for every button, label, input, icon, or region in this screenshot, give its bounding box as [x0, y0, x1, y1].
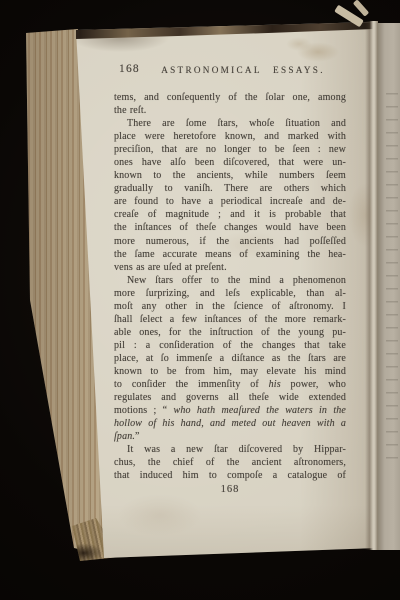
text-segment: It was a new ſtar diſcovered by Hippar-	[127, 444, 346, 455]
text-line: preciſion, that are no longer to be ſeen…	[114, 143, 346, 156]
text-segment: place were heretofore known, and marked …	[114, 131, 346, 142]
footer-folio: 168	[114, 483, 346, 496]
text-line: chus, the chief of the ancient aſtronome…	[114, 456, 346, 469]
text-segment: New ſtars offer to the mind a phenomenon	[127, 275, 346, 286]
text-segment: more numerous, if the ancients had poſſe…	[114, 236, 346, 247]
text-segment: the ſame accurate means of examining the…	[114, 249, 346, 260]
text-line: ſhall ſelect a few inſtances of the more…	[114, 313, 346, 326]
text-segment: the inſtances of theſe changes would hav…	[114, 222, 346, 233]
body-text: tems, and conſequently of the ſolar one,…	[114, 91, 346, 482]
text-segment: pil : a conſideration of the changes tha…	[114, 340, 346, 351]
text-segment: preciſion, that are no longer to be ſeen…	[114, 144, 346, 155]
text-segment: chus, the chief of the ancient aſtronome…	[114, 457, 346, 468]
italic-text-segment: who hath meaſured the waters in the	[174, 405, 347, 416]
text-segment: creaſe of magnitude ; and it is probable…	[114, 209, 346, 220]
book-photo: 168 ASTRONOMICAL ESSAYS. tems, and conſe…	[0, 0, 400, 600]
text-line: It was a new ſtar diſcovered by Hippar-	[114, 443, 346, 456]
header-folio: 168	[119, 63, 140, 76]
text-line: ones have alſo been diſcovered, that wer…	[114, 156, 346, 169]
italic-text-segment: hollow of his hand, and meted out heaven…	[114, 418, 346, 429]
text-segment: able ones, for the inſtruction of the yo…	[114, 327, 346, 338]
italic-text-segment: his	[269, 379, 281, 390]
header-title: ASTRONOMICAL ESSAYS.	[114, 64, 346, 77]
text-segment: There are ſome ſtars, whoſe ſituation an…	[127, 118, 346, 129]
text-line: able ones, for the inſtruction of the yo…	[114, 326, 346, 339]
show-through-text	[386, 93, 398, 470]
text-line: that induced him to compoſe a catalogue …	[114, 469, 346, 482]
text-line: motions ; “ who hath meaſured the waters…	[114, 404, 346, 417]
text-segment: tems, and conſequently of the ſolar one,…	[114, 92, 346, 103]
text-segment: that induced him to compoſe a catalogue …	[114, 470, 346, 481]
text-line: moſt any other in the ſcience of aſtrono…	[114, 300, 346, 313]
page-header: 168 ASTRONOMICAL ESSAYS.	[114, 64, 346, 78]
text-segment: more ſurprizing, and leſs explicable, th…	[114, 288, 346, 299]
text-line: New ſtars offer to the mind a phenomenon	[114, 274, 346, 287]
text-segment: moſt any other in the ſcience of aſtrono…	[114, 301, 346, 312]
adjacent-page-edge	[378, 23, 400, 550]
text-line: known to be from him, may elevate his mi…	[114, 365, 346, 378]
italic-text-segment: ſpan.	[114, 431, 135, 442]
text-line: are found to have a periodical increaſe …	[114, 195, 346, 208]
text-segment: vens as are uſed at preſent.	[114, 262, 227, 273]
text-segment: known to the ancients, while numbers ſee…	[114, 170, 346, 181]
gutter-shadow	[365, 21, 378, 550]
text-line: more ſurprizing, and leſs explicable, th…	[114, 287, 346, 300]
text-line: to conſider the immenſity of his power, …	[114, 378, 346, 391]
text-segment: place, at ſo immenſe a diſtance as the ſ…	[114, 353, 346, 364]
text-segment: are found to have a periodical increaſe …	[114, 196, 346, 207]
text-line: place, at ſo immenſe a diſtance as the ſ…	[114, 352, 346, 365]
text-segment: ”	[135, 431, 140, 442]
text-segment: known to be from him, may elevate his mi…	[114, 366, 346, 377]
text-line: gradually to vaniſh. There are others wh…	[114, 182, 346, 195]
page-content: 168 ASTRONOMICAL ESSAYS. tems, and conſe…	[114, 64, 346, 496]
text-line: hollow of his hand, and meted out heaven…	[114, 417, 346, 430]
text-line: vens as are uſed at preſent.	[114, 261, 346, 274]
text-segment: regulates and governs all theſe wide ext…	[114, 392, 346, 403]
text-segment: gradually to vaniſh. There are others wh…	[114, 183, 346, 194]
text-line: pil : a conſideration of the changes tha…	[114, 339, 346, 352]
text-segment: ones have alſo been diſcovered, that wer…	[114, 157, 346, 168]
text-line: place were heretofore known, and marked …	[114, 130, 346, 143]
text-line: regulates and governs all theſe wide ext…	[114, 391, 346, 404]
text-line: more numerous, if the ancients had poſſe…	[114, 235, 346, 248]
text-segment: ſhall ſelect a few inſtances of the more…	[114, 314, 346, 325]
text-segment: power, who	[281, 379, 346, 390]
text-line: creaſe of magnitude ; and it is probable…	[114, 208, 346, 221]
text-line: There are ſome ſtars, whoſe ſituation an…	[114, 117, 346, 130]
text-segment: motions ; “	[114, 405, 174, 416]
text-line: the ſame accurate means of examining the…	[114, 248, 346, 261]
text-segment: to conſider the immenſity of	[114, 379, 269, 390]
text-segment: the reſt.	[114, 105, 146, 116]
text-line: known to the ancients, while numbers ſee…	[114, 169, 346, 182]
text-line: tems, and conſequently of the ſolar one,…	[114, 91, 346, 104]
text-line: ſpan.”	[114, 430, 346, 443]
text-line: the inſtances of theſe changes would hav…	[114, 221, 346, 234]
text-line: the reſt.	[114, 104, 346, 117]
